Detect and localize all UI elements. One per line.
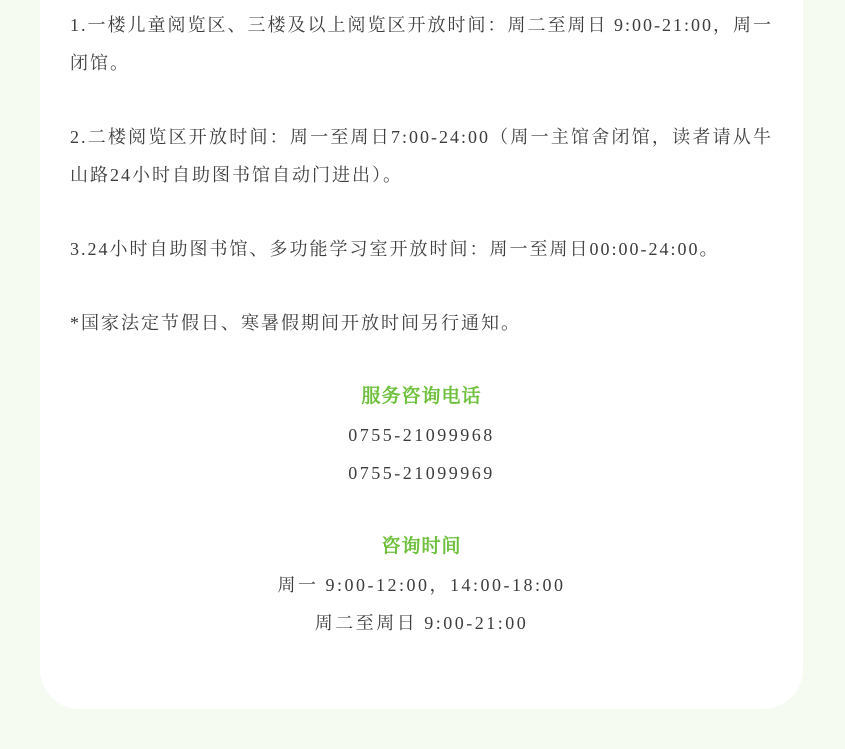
opening-hours-paragraph-2: 2.二楼阅览区开放时间：周一至周日7:00-24:00（周一主馆舍闭馆，读者请从… (70, 118, 773, 194)
service-phone-heading: 服务咨询电话 (70, 378, 773, 416)
phone-number-1: 0755-21099968 (70, 416, 773, 454)
consultation-schedule-monday: 周一 9:00-12:00，14:00-18:00 (70, 566, 773, 604)
consultation-schedule-week: 周二至周日 9:00-21:00 (70, 604, 773, 642)
opening-hours-paragraph-3: 3.24小时自助图书馆、多功能学习室开放时间：周一至周日00:00-24:00。 (70, 230, 773, 268)
page-background: 1.一楼儿童阅览区、三楼及以上阅览区开放时间：周二至周日 9:00-21:00，… (0, 0, 845, 749)
phone-number-2: 0755-21099969 (70, 454, 773, 492)
consultation-time-section: 咨询时间 周一 9:00-12:00，14:00-18:00 周二至周日 9:0… (70, 528, 773, 642)
notice-card: 1.一楼儿童阅览区、三楼及以上阅览区开放时间：周二至周日 9:00-21:00，… (40, 0, 803, 709)
service-phone-section: 服务咨询电话 0755-21099968 0755-21099969 (70, 378, 773, 492)
notice-content: 1.一楼儿童阅览区、三楼及以上阅览区开放时间：周二至周日 9:00-21:00，… (40, 0, 803, 642)
consultation-time-heading: 咨询时间 (70, 528, 773, 566)
holiday-notice-paragraph: *国家法定节假日、寒暑假期间开放时间另行通知。 (70, 304, 773, 342)
opening-hours-paragraph-1: 1.一楼儿童阅览区、三楼及以上阅览区开放时间：周二至周日 9:00-21:00，… (70, 6, 773, 82)
